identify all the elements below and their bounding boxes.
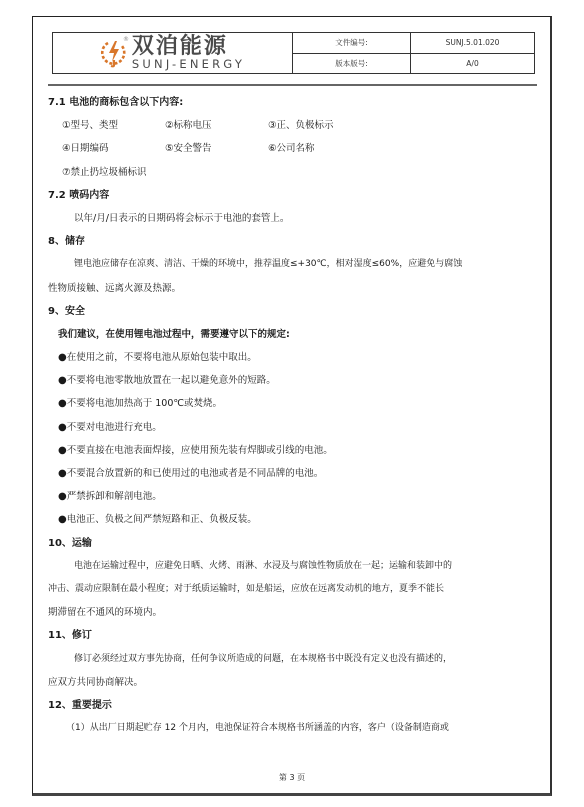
safety-rule-item: ●在使用之前，不要将电池从原始包装中取出。 xyxy=(48,346,543,369)
header-divider xyxy=(48,84,537,86)
section-10-line-1: 电池在运输过程中，应避免日晒、火烤、雨淋、水浸及与腐蚀性物质放在一起；运输和装卸… xyxy=(48,555,543,578)
bullet-icon: ● xyxy=(58,398,67,409)
trademark-item: ⑥公司名称 xyxy=(268,137,371,160)
section-10-title: 10、运输 xyxy=(48,532,543,555)
brand-name-en: SUNJ-ENERGY xyxy=(132,59,245,71)
safety-rule-text: 严禁拆卸和解剖电池。 xyxy=(67,491,162,502)
safety-rule-item: ●不要将电池零散地放置在一起以避免意外的短路。 xyxy=(48,369,543,392)
section-8-line-2: 性物质接触、远离火源及热源。 xyxy=(48,277,543,300)
page-number: 第 3 页 xyxy=(0,772,584,783)
trademark-items-row-3: ⑦禁止扔垃圾桶标识 xyxy=(48,161,543,184)
safety-rule-text: 不要混合放置新的和已使用过的电池或者是不同品牌的电池。 xyxy=(67,468,324,479)
safety-rule-text: 不要将电池加热高于 100℃或焚烧。 xyxy=(67,398,222,409)
trademark-item: ③正、负极标示 xyxy=(268,114,371,137)
safety-rule-item: ●不要对电池进行充电。 xyxy=(48,416,543,439)
safety-rule-item: ●电池正、负极之间严禁短路和正、负极反装。 xyxy=(48,508,543,531)
section-7-2-text: 以年/月/日表示的日期码将会标示于电池的套管上。 xyxy=(48,207,543,230)
section-8-title: 8、储存 xyxy=(48,230,543,253)
section-9-title: 9、安全 xyxy=(48,300,543,323)
section-10-line-3: 期滞留在不通风的环境内。 xyxy=(48,601,543,624)
meta-row-doc-number: 文件编号: SUNJ.5.01.020 xyxy=(293,33,534,53)
trademark-item: ⑦禁止扔垃圾桶标识 xyxy=(62,161,262,184)
document-body: 7.1 电池的商标包含以下内容: ①型号、类型 ②标称电压 ③正、负极标示 ④日… xyxy=(48,91,543,740)
section-12-title: 12、重要提示 xyxy=(48,694,543,717)
document-header-table: ® 双洎能源 SUNJ-ENERGY 文件编号: SUNJ.5.01.020 版… xyxy=(52,32,535,74)
section-10-line-2: 冲击、震动应限制在最小程度；对于纸质运输时，如是船运，应放在远离发动机的地方，夏… xyxy=(48,578,543,601)
safety-rule-item: ●不要混合放置新的和已使用过的电池或者是不同品牌的电池。 xyxy=(48,462,543,485)
trademark-items-row-2: ④日期编码 ⑤安全警告 ⑥公司名称 xyxy=(48,137,543,160)
logo-cell: ® 双洎能源 SUNJ-ENERGY xyxy=(53,33,293,73)
bullet-icon: ● xyxy=(58,514,67,525)
doc-number-label: 文件编号: xyxy=(293,33,411,53)
safety-rule-text: 不要对电池进行充电。 xyxy=(67,422,162,433)
trademark-items-row-1: ①型号、类型 ②标称电压 ③正、负极标示 xyxy=(48,114,543,137)
trademark-item: ①型号、类型 xyxy=(62,114,165,137)
safety-rule-text: 不要将电池零散地放置在一起以避免意外的短路。 xyxy=(67,375,276,386)
bullet-icon: ● xyxy=(58,491,67,502)
section-11-line-2: 应双方共同协商解决。 xyxy=(48,671,543,694)
registered-mark: ® xyxy=(123,36,129,43)
section-11-line-1: 修订必须经过双方事先协商，任何争议所造成的问题，在本规格书中既没有定义也没有描述… xyxy=(48,648,543,671)
brand-name-cn: 双洎能源 xyxy=(132,36,245,58)
section-8-line-1: 锂电池应储存在凉爽、清洁、干燥的环境中，推荐温度≤+30℃，相对湿度≤60%，应… xyxy=(48,253,543,276)
safety-rule-text: 在使用之前，不要将电池从原始包装中取出。 xyxy=(67,352,257,363)
section-12-line-1: （1）从出厂日期起贮存 12 个月内，电池保证符合本规格书所涵盖的内容，客户（设… xyxy=(48,717,543,740)
safety-rule-text: 电池正、负极之间严禁短路和正、负极反装。 xyxy=(67,514,257,525)
document-meta: 文件编号: SUNJ.5.01.020 版本版号: A/0 xyxy=(293,33,534,73)
bullet-icon: ● xyxy=(58,352,67,363)
doc-number-value: SUNJ.5.01.020 xyxy=(411,33,534,53)
version-value: A/0 xyxy=(411,54,534,74)
safety-rule-item: ●严禁拆卸和解剖电池。 xyxy=(48,485,543,508)
version-label: 版本版号: xyxy=(293,54,411,74)
safety-rule-text: 不要直接在电池表面焊接，应使用预先装有焊脚或引线的电池。 xyxy=(67,445,333,456)
bullet-icon: ● xyxy=(58,468,67,479)
section-7-1-title: 7.1 电池的商标包含以下内容: xyxy=(48,91,543,114)
section-7-2-title: 7.2 喷码内容 xyxy=(48,184,543,207)
section-9-intro: 我们建议，在使用锂电池过程中，需要遵守以下的规定: xyxy=(48,323,543,346)
section-11-title: 11、修订 xyxy=(48,624,543,647)
bullet-icon: ● xyxy=(58,445,67,456)
bullet-icon: ● xyxy=(58,375,67,386)
safety-rule-item: ●不要将电池加热高于 100℃或焚烧。 xyxy=(48,392,543,415)
meta-row-version: 版本版号: A/0 xyxy=(293,53,534,74)
trademark-item: ④日期编码 xyxy=(62,137,165,160)
bullet-icon: ● xyxy=(58,422,67,433)
trademark-item: ⑤安全警告 xyxy=(165,137,268,160)
safety-rule-item: ●不要直接在电池表面焊接，应使用预先装有焊脚或引线的电池。 xyxy=(48,439,543,462)
trademark-item: ②标称电压 xyxy=(165,114,268,137)
